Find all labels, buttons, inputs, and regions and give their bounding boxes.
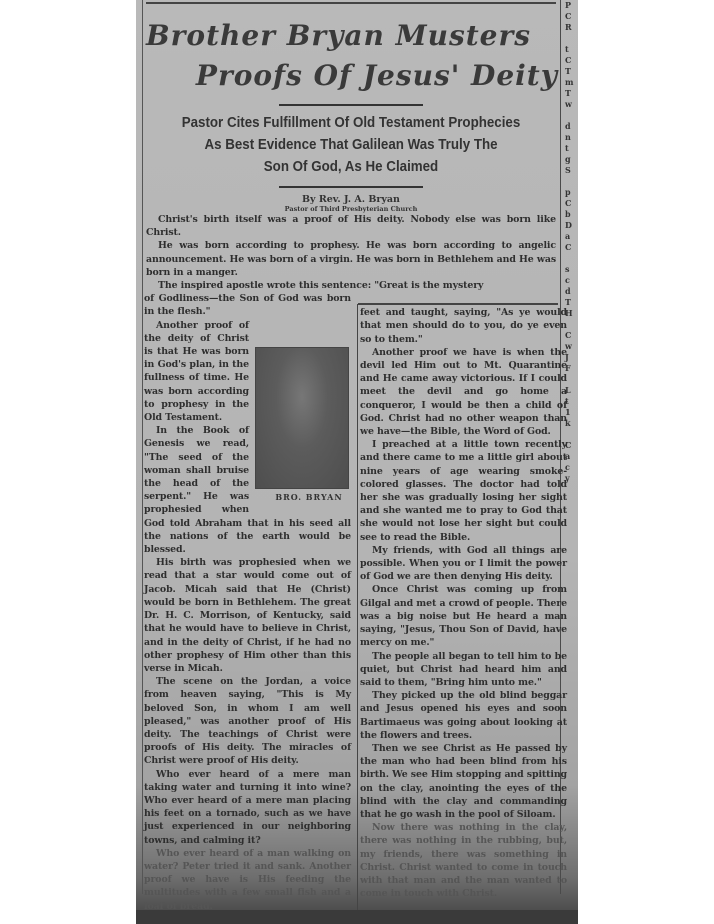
- byline-title: Pastor of Third Presbyterian Church: [144, 205, 558, 213]
- paragraph: Who ever heard of a man walking on water…: [144, 847, 351, 913]
- fragment-char: R: [565, 22, 578, 33]
- paragraph: He was born according to prophesy. He wa…: [146, 239, 556, 279]
- fragment-char: C: [565, 440, 578, 451]
- subheadline: Pastor Cites Fulfillment Of Old Testamen…: [161, 112, 542, 178]
- fragment-char: F: [565, 363, 578, 374]
- paragraph: Once Christ was coming up from Gilgal an…: [360, 583, 567, 649]
- portrait-photo: [255, 347, 349, 489]
- fragment-char: [565, 253, 578, 264]
- subhead-line: As Best Evidence That Galilean Was Truly…: [161, 134, 542, 156]
- fragment-char: [565, 33, 578, 44]
- fragment-char: t: [565, 143, 578, 154]
- fragment-char: T: [565, 66, 578, 77]
- left-column: of Godliness—the Son of God was born in …: [144, 292, 351, 913]
- fragment-char: 1: [565, 407, 578, 418]
- fragment-char: m: [565, 77, 578, 88]
- top-rule: [146, 2, 556, 4]
- headline-divider: [279, 104, 423, 106]
- column-top-rule: [358, 303, 558, 305]
- fragment-char: [565, 110, 578, 121]
- fragment-char: a: [565, 451, 578, 462]
- fragment-char: T: [565, 297, 578, 308]
- paragraph: The inspired apostle wrote this sentence…: [146, 279, 556, 292]
- fragment-char: C: [565, 11, 578, 22]
- fragment-char: C: [565, 330, 578, 341]
- fragment-char: b: [565, 209, 578, 220]
- paragraph: Christ's birth itself was a proof of His…: [146, 213, 556, 239]
- paragraph: of Godliness—the Son of God was born in …: [144, 292, 351, 318]
- photo-caption: BRO. BRYAN: [255, 491, 351, 504]
- fragment-char: d: [565, 121, 578, 132]
- paragraph: The people all began to tell him to be q…: [360, 650, 567, 690]
- article: Brother Bryan Musters Proofs Of Jesus' D…: [144, 10, 558, 912]
- right-column: feet and taught, saying, "As ye would th…: [360, 306, 567, 900]
- paragraph: His birth was prophesied when we read th…: [144, 556, 351, 675]
- subhead-line: Son Of God, As He Claimed: [161, 156, 542, 178]
- fragment-char: p: [565, 187, 578, 198]
- subhead-divider: [279, 186, 423, 188]
- fragment-char: C: [565, 55, 578, 66]
- fragment-char: H: [565, 308, 578, 319]
- fragment-char: a: [565, 231, 578, 242]
- fragment-char: w: [565, 341, 578, 352]
- lead-text: Christ's birth itself was a proof of His…: [144, 213, 558, 292]
- paragraph: Now there was nothing in the clay, there…: [360, 821, 567, 900]
- fragment-char: y: [565, 473, 578, 484]
- fragment-char: c: [565, 462, 578, 473]
- fragment-char: [565, 176, 578, 187]
- fragment-char: c: [565, 275, 578, 286]
- left-column-rule: [142, 0, 143, 894]
- paragraph: Another proof we have is when the devil …: [360, 346, 567, 438]
- paragraph: They picked up the old blind beggar and …: [360, 689, 567, 742]
- fragment-char: J: [565, 352, 578, 363]
- subhead-line: Pastor Cites Fulfillment Of Old Testamen…: [161, 112, 542, 134]
- fragment-char: [565, 374, 578, 385]
- column-divider: [357, 304, 358, 912]
- newspaper-clipping: Brother Bryan Musters Proofs Of Jesus' D…: [136, 0, 578, 924]
- photo-block: BRO. BRYAN: [255, 347, 351, 504]
- paragraph: BRO. BRYAN Another proof of the deity of…: [144, 319, 351, 425]
- paragraph: The scene on the Jordan, a voice from he…: [144, 675, 351, 767]
- fragment-char: C: [565, 198, 578, 209]
- fragment-char: S: [565, 165, 578, 176]
- paragraph: Then we see Christ as He passed by the m…: [360, 742, 567, 821]
- fragment-char: C: [565, 242, 578, 253]
- fragment-char: L: [565, 385, 578, 396]
- fragment-char: d: [565, 286, 578, 297]
- fragment-char: n: [565, 132, 578, 143]
- body-columns: of Godliness—the Son of God was born in …: [144, 292, 558, 912]
- paragraph: feet and taught, saying, "As ye would th…: [360, 306, 567, 346]
- paragraph: My friends, with God all things are poss…: [360, 544, 567, 584]
- fragment-char: D: [565, 220, 578, 231]
- fragment-char: w: [565, 99, 578, 110]
- fragment-char: T: [565, 88, 578, 99]
- headline-line-2: Proofs Of Jesus' Deity: [144, 56, 558, 96]
- fragment-char: P: [565, 0, 578, 11]
- fragment-char: [565, 319, 578, 330]
- fragment-char: g: [565, 154, 578, 165]
- fragment-char: t: [565, 44, 578, 55]
- paragraph-text: Another proof of the deity of Christ is …: [144, 320, 249, 423]
- paragraph: I preached at a little town recently and…: [360, 438, 567, 544]
- fragment-char: [565, 429, 578, 440]
- byline: By Rev. J. A. Bryan: [144, 194, 558, 205]
- headline-line-1: Brother Bryan Musters: [144, 16, 558, 56]
- paragraph: Who ever heard of a mere man taking wate…: [144, 768, 351, 847]
- fragment-char: k: [565, 418, 578, 429]
- fragment-char: t: [565, 396, 578, 407]
- adjacent-column-fragments: PCR tCTmTw dntgS pCbDaC scdTH CwJF Lt1k …: [565, 0, 578, 900]
- headline: Brother Bryan Musters Proofs Of Jesus' D…: [144, 16, 558, 96]
- fragment-char: s: [565, 264, 578, 275]
